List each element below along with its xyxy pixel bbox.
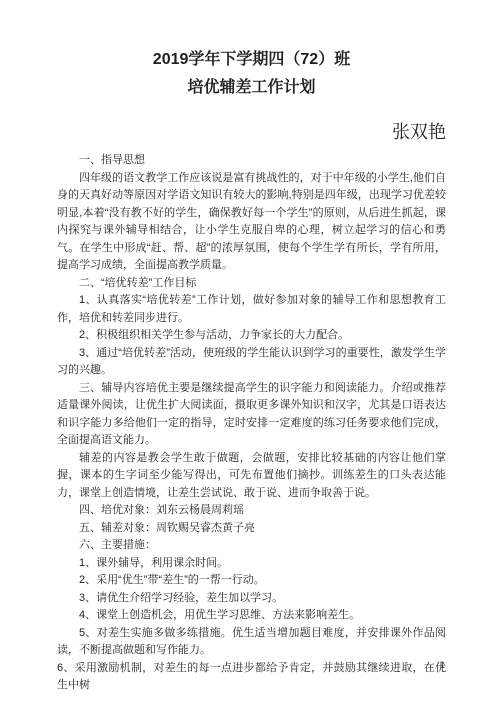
measure-item-4: 4、课堂上创造机会，用优生学习思维、方法来影响差生。 (57, 607, 446, 625)
section-tutoring-content-top-students: 三、辅导内容培优主要是继续提高学生的识字能力和阅读能力。介绍或推荐适量课外阅读，… (57, 380, 446, 450)
document-body: 一、指导思想 四年级的语文教学工作应该说是富有挑战性的，对于中年级的小学生,他们… (57, 152, 446, 695)
goal-item-3: 3、通过“培优转差”活动，使班级的学生能认识到学习的重要性，激发学生学习的兴趣。 (57, 345, 446, 380)
paragraph-tutoring-content-weak-students: 辅差的内容是教会学生敢于做题，会做题，安排比较基础的内容让他们掌握，课本的生字词… (57, 450, 446, 503)
document-title-line1: 2019学年下学期四（72）班 (57, 46, 446, 74)
section-heading-work-goals: 二、“培优转差”工作目标 (57, 275, 446, 293)
section-heading-guiding-ideology: 一、指导思想 (57, 152, 446, 170)
section-heading-main-measures: 六、主要措施： (57, 537, 446, 555)
goal-item-2: 2、积极组织相关学生参与活动，力争家长的大力配合。 (57, 327, 446, 345)
measure-item-1: 1、课外辅导，利用课余时间。 (57, 555, 446, 573)
page-number: 1 (440, 660, 445, 670)
paragraph-guiding-ideology: 四年级的语文教学工作应该说是富有挑战性的，对于中年级的小学生,他们自身的天真好动… (57, 170, 446, 275)
measure-item-3: 3、请优生介绍学习经验，差生加以学习。 (57, 590, 446, 608)
section-top-student-list: 四、培优对象：刘东云杨晨周莉瑶 (57, 502, 446, 520)
goal-item-1: 1、认真落实“培优转差”工作计划，做好参加对象的辅导工作和思想教育工作，培优和转… (57, 292, 446, 327)
measure-item-5: 5、对差生实施多做多练措施。优生适当增加题目难度，并安排课外作品阅读，不断提高做… (57, 625, 446, 660)
section-weak-student-list: 五、辅差对象：周钦赐吴睿杰黄子亮 (57, 520, 446, 538)
author-name: 张双艳 (57, 120, 446, 144)
document-title-line2: 培优辅差工作计划 (57, 74, 446, 102)
measure-item-6: 6、采用激励机制，对差生的每一点进步都给予肯定，并鼓励其继续进取，在优生中树 (57, 660, 446, 695)
document-page: 2019学年下学期四（72）班 培优辅差工作计划 张双艳 一、指导思想 四年级的… (0, 0, 500, 708)
measure-item-2: 2、采用“优生”带“差生”的一帮一行动。 (57, 572, 446, 590)
